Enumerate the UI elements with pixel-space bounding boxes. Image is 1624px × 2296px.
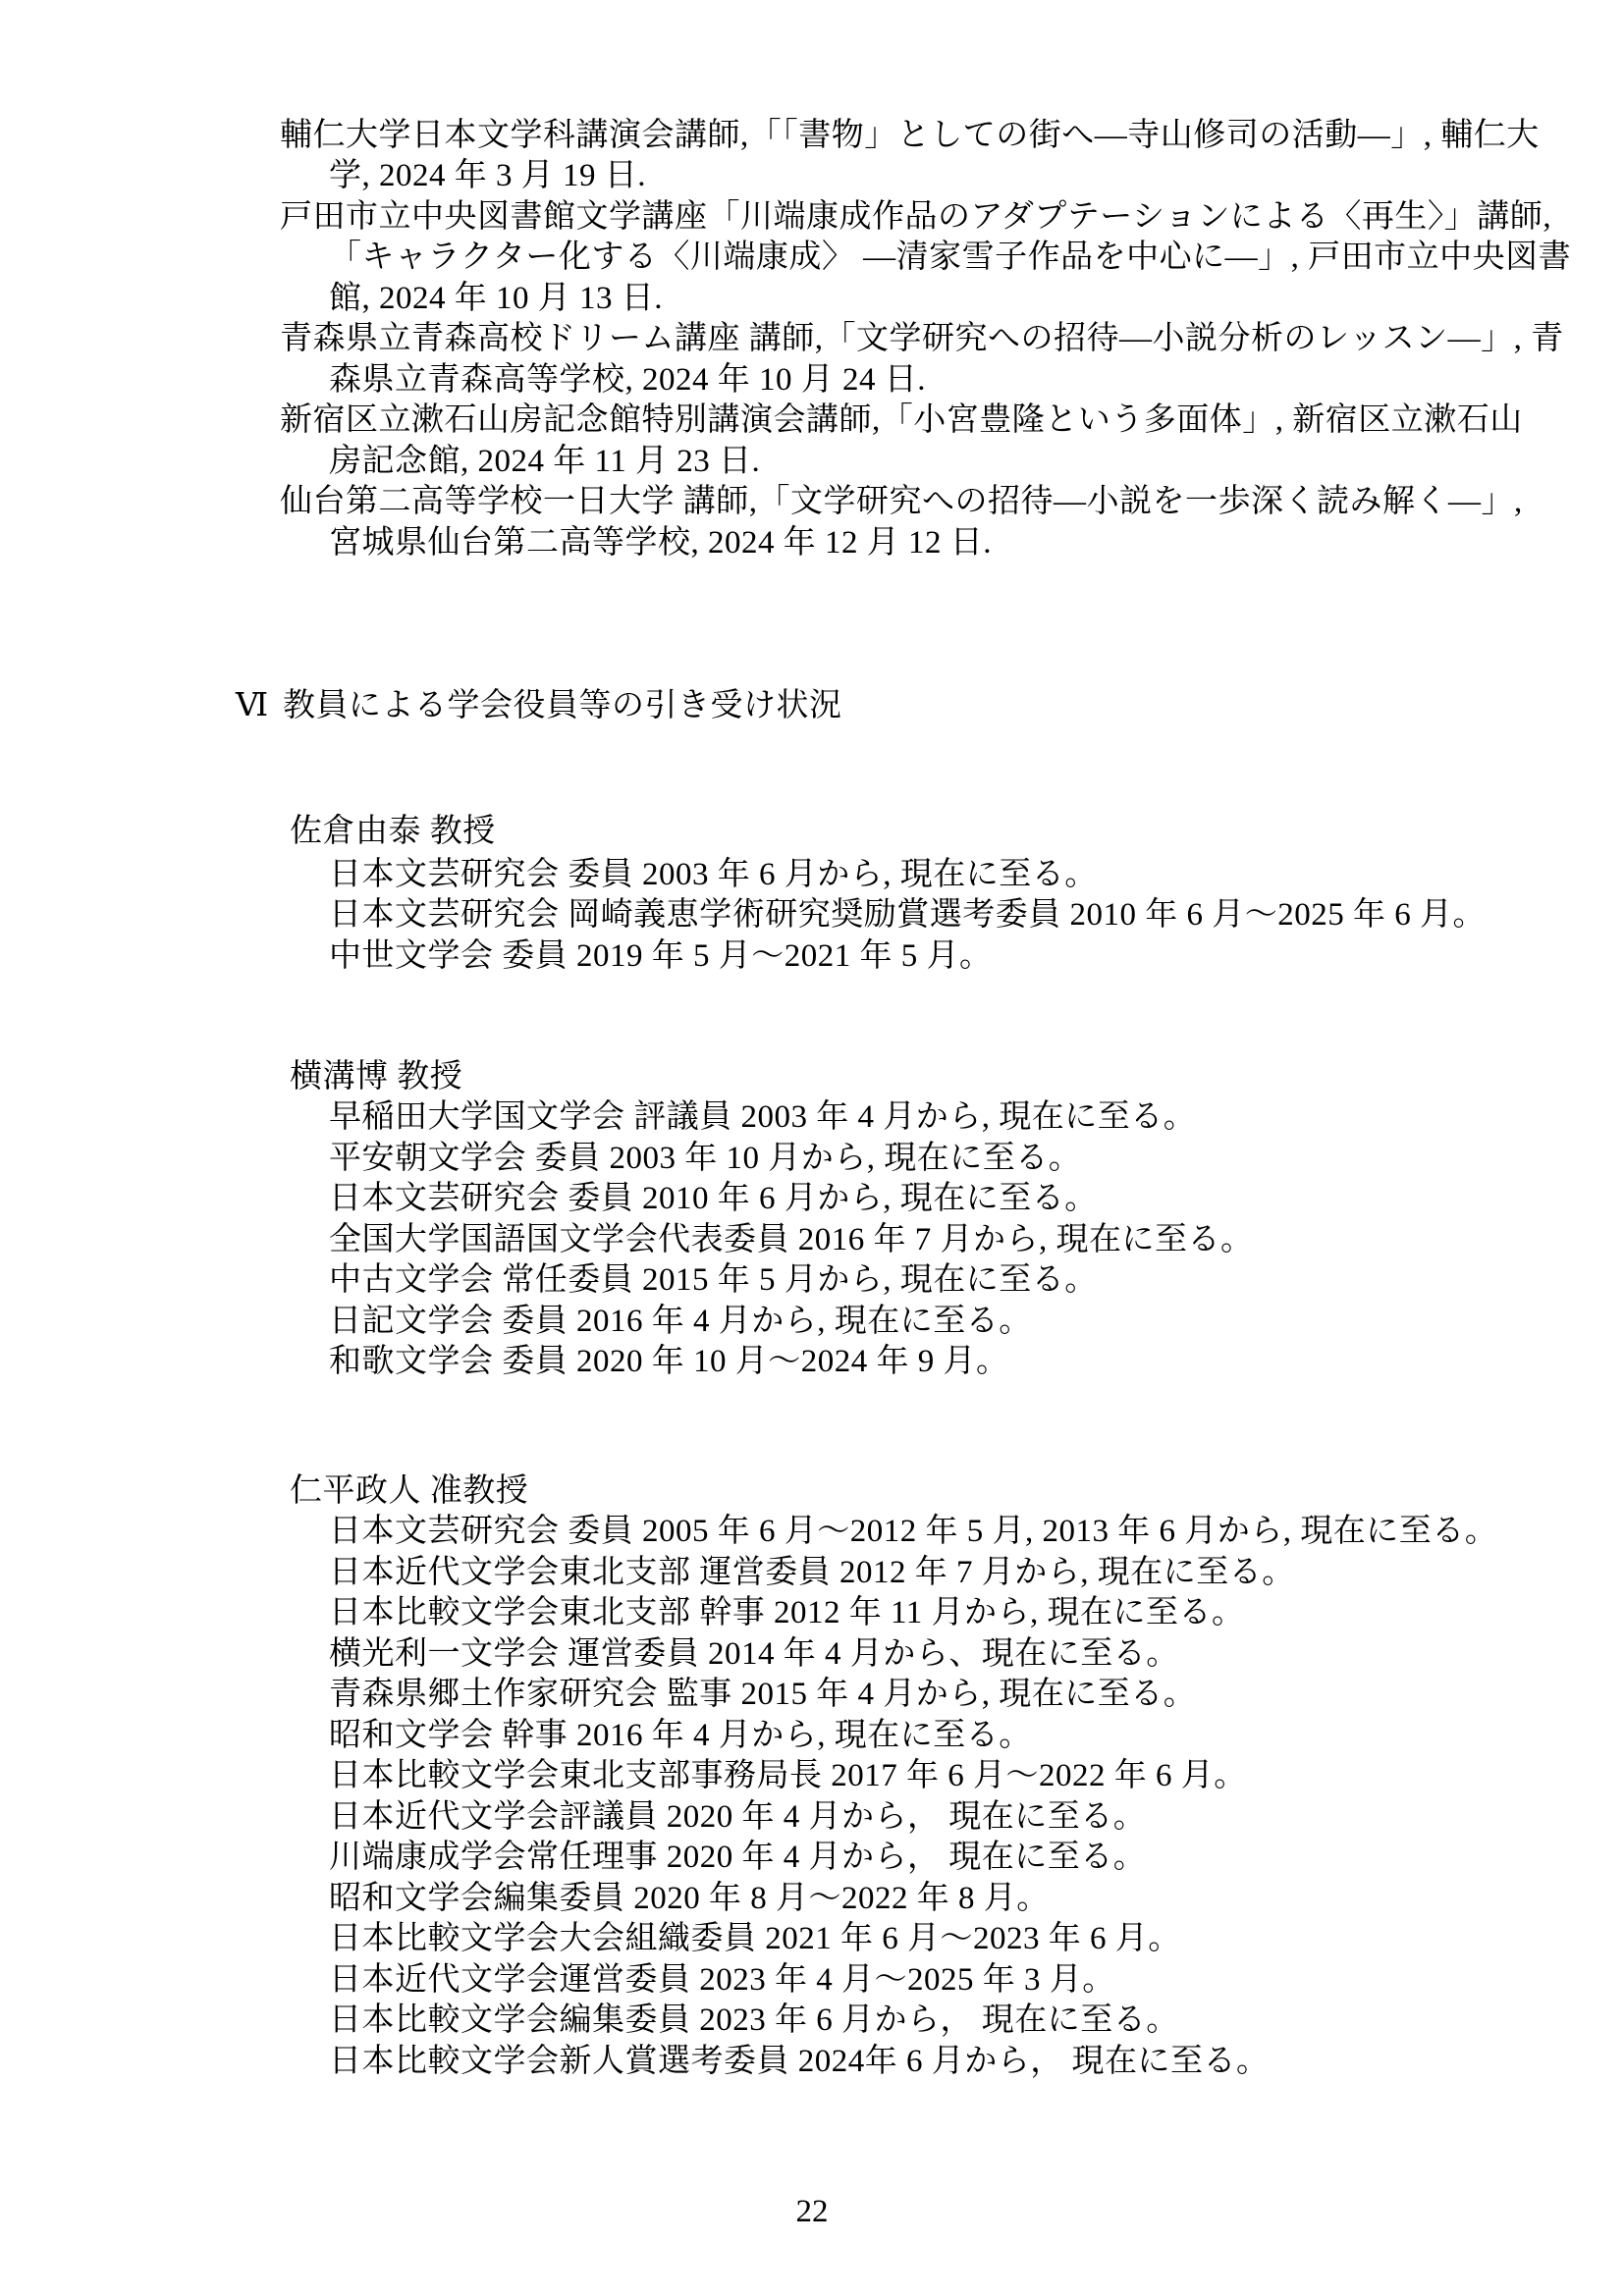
role-line: 日本比較文学会新人賞選考委員 2024年 6 月から， 現在に至る。	[329, 2042, 1270, 2082]
role-line: 中世文学会 委員 2019 年 5 月～2021 年 5 月。	[329, 936, 993, 977]
faculty-name: 仁平政人 准教授	[290, 1471, 528, 1512]
role-line: 日本文芸研究会 委員 2005 年 6 月～2012 年 5 月, 2013 年…	[329, 1512, 1497, 1552]
role-line: 日本近代文学会評議員 2020 年 4 月から， 現在に至る。	[329, 1797, 1146, 1838]
lecture-item-line: 輔仁大学日本文学科講演会講師,「「書物」としての街へ―寺山修司の活動―」, 輔仁…	[280, 116, 1540, 156]
lecture-item-line: 房記念館, 2024 年 11 月 23 日.	[329, 442, 760, 482]
lecture-item-line: 館, 2024 年 10 月 13 日.	[329, 279, 663, 319]
role-line: 和歌文学会 委員 2020 年 10 月～2024 年 9 月。	[329, 1342, 1009, 1382]
document-page: 輔仁大学日本文学科講演会講師,「「書物」としての街へ―寺山修司の活動―」, 輔仁…	[0, 0, 1624, 2296]
role-line: 横光利一文学会 運営委員 2014 年 4 月から、現在に至る。	[329, 1634, 1179, 1675]
lecture-item-line: 森県立青森高等学校, 2024 年 10 月 24 日.	[329, 360, 926, 400]
lecture-item-line: 新宿区立漱石山房記念館特別講演会講師,「小宮豊隆という多面体」, 新宿区立漱石山	[280, 400, 1523, 441]
role-line: 全国大学国語国文学会代表委員 2016 年 7 月から, 現在に至る。	[329, 1220, 1254, 1260]
faculty-name: 佐倉由泰 教授	[290, 812, 496, 852]
role-line: 日本比較文学会東北支部事務局長 2017 年 6 月～2022 年 6 月。	[329, 1756, 1247, 1796]
section-numeral: Ⅵ	[236, 686, 283, 726]
role-line: 川端康成学会常任理事 2020 年 4 月から， 現在に至る。	[329, 1838, 1146, 1878]
role-line: 昭和文学会編集委員 2020 年 8 月～2022 年 8 月。	[329, 1879, 1050, 1919]
role-line: 日本近代文学会運営委員 2023 年 4 月～2025 年 3 月。	[329, 1960, 1115, 2001]
role-line: 日本近代文学会東北支部 運営委員 2012 年 7 月から, 現在に至る。	[329, 1553, 1295, 1593]
lecture-item-line: 「キャラクター化する〈川端康成〉 ―清家雪子作品を中心に―」, 戸田市立中央図書	[329, 238, 1571, 278]
section-heading: Ⅵ教員による学会役員等の引き受け状況	[236, 686, 842, 726]
lecture-item-line: 青森県立青森高校ドリーム講座 講師,「文学研究への招待―小説分析のレッスン―」,…	[280, 319, 1564, 359]
role-line: 日記文学会 委員 2016 年 4 月から, 現在に至る。	[329, 1302, 1032, 1342]
role-line: 昭和文学会 幹事 2016 年 4 月から, 現在に至る。	[329, 1716, 1032, 1756]
faculty-name: 横溝博 教授	[290, 1057, 462, 1097]
lecture-item-line: 仙台第二高等学校一日大学 講師,「文学研究への招待―小説を一歩深く読み解く―」,	[280, 482, 1523, 522]
role-line: 日本比較文学会東北支部 幹事 2012 年 11 月から, 現在に至る。	[329, 1593, 1245, 1633]
role-line: 日本比較文学会大会組織委員 2021 年 6 月～2023 年 6 月。	[329, 1919, 1181, 1959]
role-line: 中古文学会 常任委員 2015 年 5 月から, 現在に至る。	[329, 1260, 1098, 1301]
lecture-item-line: 戸田市立中央図書館文学講座「川端康成作品のアダプテーションによる〈再生〉」講師,	[280, 197, 1551, 238]
role-line: 青森県郷土作家研究会 監事 2015 年 4 月から, 現在に至る。	[329, 1675, 1196, 1715]
lecture-item-line: 学, 2024 年 3 月 19 日.	[329, 156, 646, 196]
role-line: 日本文芸研究会 岡崎義恵学術研究奨励賞選考委員 2010 年 6 月～2025 …	[329, 895, 1486, 935]
section-title: 教員による学会役員等の引き受け状況	[283, 688, 842, 723]
lecture-item-line: 宮城県仙台第二高等学校, 2024 年 12 月 12 日.	[329, 523, 992, 563]
role-line: 早稲田大学国文学会 評議員 2003 年 4 月から, 現在に至る。	[329, 1097, 1196, 1138]
role-line: 日本比較文学会編集委員 2023 年 6 月から， 現在に至る。	[329, 2001, 1179, 2041]
page-number: 22	[0, 2192, 1624, 2232]
role-line: 日本文芸研究会 委員 2010 年 6 月から, 現在に至る。	[329, 1179, 1098, 1219]
role-line: 日本文芸研究会 委員 2003 年 6 月から, 現在に至る。	[329, 855, 1098, 895]
role-line: 平安朝文学会 委員 2003 年 10 月から, 現在に至る。	[329, 1139, 1081, 1179]
